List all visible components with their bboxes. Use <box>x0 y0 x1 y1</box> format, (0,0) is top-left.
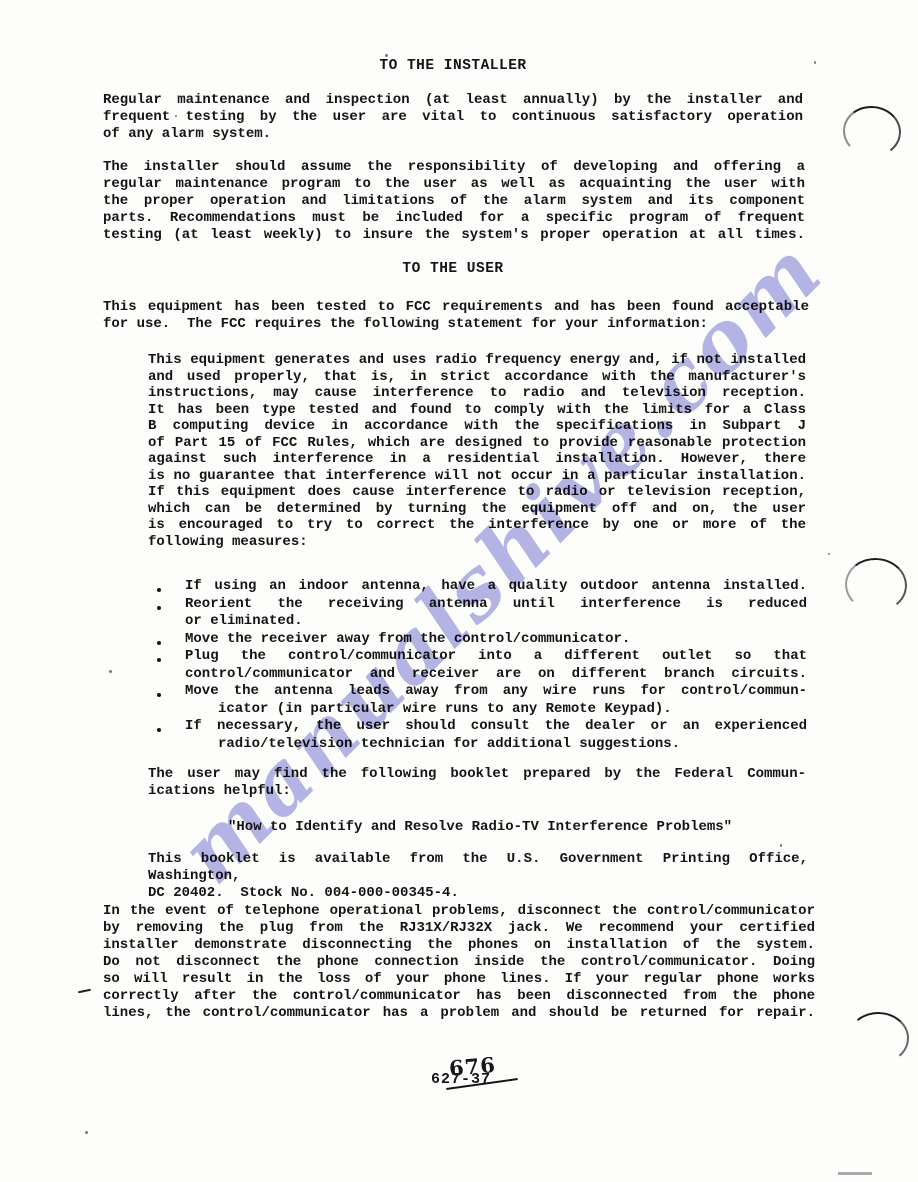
scan-speck <box>828 553 830 555</box>
text-line: which can be determined by turning the e… <box>148 501 806 518</box>
bullet-marker <box>157 693 161 697</box>
text-line: parts. Recommendations must be included … <box>103 210 805 227</box>
text-line: correctly after the control/communicator… <box>103 988 815 1005</box>
text-line: frequent testing by the user are vital t… <box>103 109 803 126</box>
text-line: ications helpful: <box>148 783 806 800</box>
text-line: This equipment generates and uses radio … <box>148 352 806 369</box>
scan-ring-artifact <box>847 1011 910 1065</box>
text-line: of any alarm system. <box>103 126 803 143</box>
list-item-line: If using an indoor antenna, have a quali… <box>185 578 807 596</box>
bullet-marker <box>157 728 161 732</box>
scan-speck <box>780 844 782 847</box>
margin-dash-mark <box>78 989 91 994</box>
fcc-statement-paragraph: This equipment generates and uses radio … <box>148 352 806 550</box>
list-item-line: or eliminated. <box>185 613 807 631</box>
scan-speck <box>175 115 177 117</box>
text-line: so will result in the loss of your phone… <box>103 971 815 988</box>
text-line: the proper operation and limitations of … <box>103 193 805 210</box>
list-item-line: Move the antenna leads away from any wir… <box>185 683 807 701</box>
text-line: Do not disconnect the phone connection i… <box>103 954 815 971</box>
bullet-marker <box>157 658 161 662</box>
installer-paragraph-2: The installer should assume the responsi… <box>103 159 805 244</box>
scan-speck <box>385 54 388 57</box>
scan-speck <box>814 61 816 64</box>
list-item-line: Move the receiver away from the control/… <box>185 631 807 649</box>
text-line: Regular maintenance and inspection (at l… <box>103 92 803 109</box>
list-item-line: control/communicator and receiver are on… <box>185 666 807 684</box>
text-line: for use. The FCC requires the following … <box>103 316 809 333</box>
text-line: In the event of telephone operational pr… <box>103 903 815 920</box>
scan-smudge <box>838 1172 872 1175</box>
scan-ring-artifact <box>843 556 909 614</box>
text-line: is no guarantee that interference will n… <box>148 468 806 485</box>
scan-speck <box>85 1131 88 1134</box>
handwritten-correction: 676 <box>448 1052 497 1081</box>
booklet-title-line: "How to Identify and Resolve Radio-TV In… <box>228 819 828 835</box>
section-heading-installer: TO THE INSTALLER <box>103 58 803 74</box>
list-item-line: Plug the control/communicator into a dif… <box>185 648 807 666</box>
text-line: instructions, may cause interference to … <box>148 385 806 402</box>
scan-ring-artifact <box>840 103 903 160</box>
scanned-document-page: TO THE INSTALLER Regular maintenance and… <box>0 0 918 1182</box>
measures-list: If using an indoor antenna, have a quali… <box>185 578 807 753</box>
bullet-marker <box>157 606 161 610</box>
booklet-availability-paragraph: This booklet is available from the U.S. … <box>148 851 808 902</box>
list-item-line: icator (in particular wire runs to any R… <box>185 701 807 719</box>
text-line: lines, the control/communicator has a pr… <box>103 1005 815 1022</box>
list-item-line: If necessary, the user should consult th… <box>185 718 807 736</box>
text-line: by removing the plug from the RJ31X/RJ32… <box>103 920 815 937</box>
text-line: of Part 15 of FCC Rules, which are desig… <box>148 435 806 452</box>
text-line: The installer should assume the responsi… <box>103 159 805 176</box>
section-heading-user: TO THE USER <box>103 261 803 277</box>
installer-paragraph-1: Regular maintenance and inspection (at l… <box>103 92 803 143</box>
text-line: The user may find the following booklet … <box>148 766 806 783</box>
text-line: If this equipment does cause interferenc… <box>148 484 806 501</box>
text-line: DC 20402. Stock No. 004-000-00345-4. <box>148 885 808 902</box>
text-line: against such interference in a residenti… <box>148 451 806 468</box>
bullet-marker <box>157 641 161 645</box>
text-line: It has been type tested and found to com… <box>148 402 806 419</box>
text-line: installer demonstrate disconnecting the … <box>103 937 815 954</box>
list-item-line: radio/television technician for addition… <box>185 736 807 754</box>
text-line: following measures: <box>148 534 806 551</box>
text-line: testing (at least weekly) to insure the … <box>103 227 805 244</box>
text-line: This equipment has been tested to FCC re… <box>103 299 809 316</box>
text-line: regular maintenance program to the user … <box>103 176 805 193</box>
text-line: B computing device in accordance with th… <box>148 418 806 435</box>
user-intro-paragraph: This equipment has been tested to FCC re… <box>103 299 809 333</box>
text-line: and used properly, that is, in strict ac… <box>148 369 806 386</box>
telephone-paragraph: In the event of telephone operational pr… <box>103 903 815 1022</box>
booklet-intro-paragraph: The user may find the following booklet … <box>148 766 806 800</box>
scan-speck <box>109 670 112 673</box>
text-line: is encouraged to try to correct the inte… <box>148 517 806 534</box>
text-line: This booklet is available from the U.S. … <box>148 851 808 885</box>
list-item-line: Reorient the receiving antenna until int… <box>185 596 807 614</box>
bullet-marker <box>157 588 161 592</box>
